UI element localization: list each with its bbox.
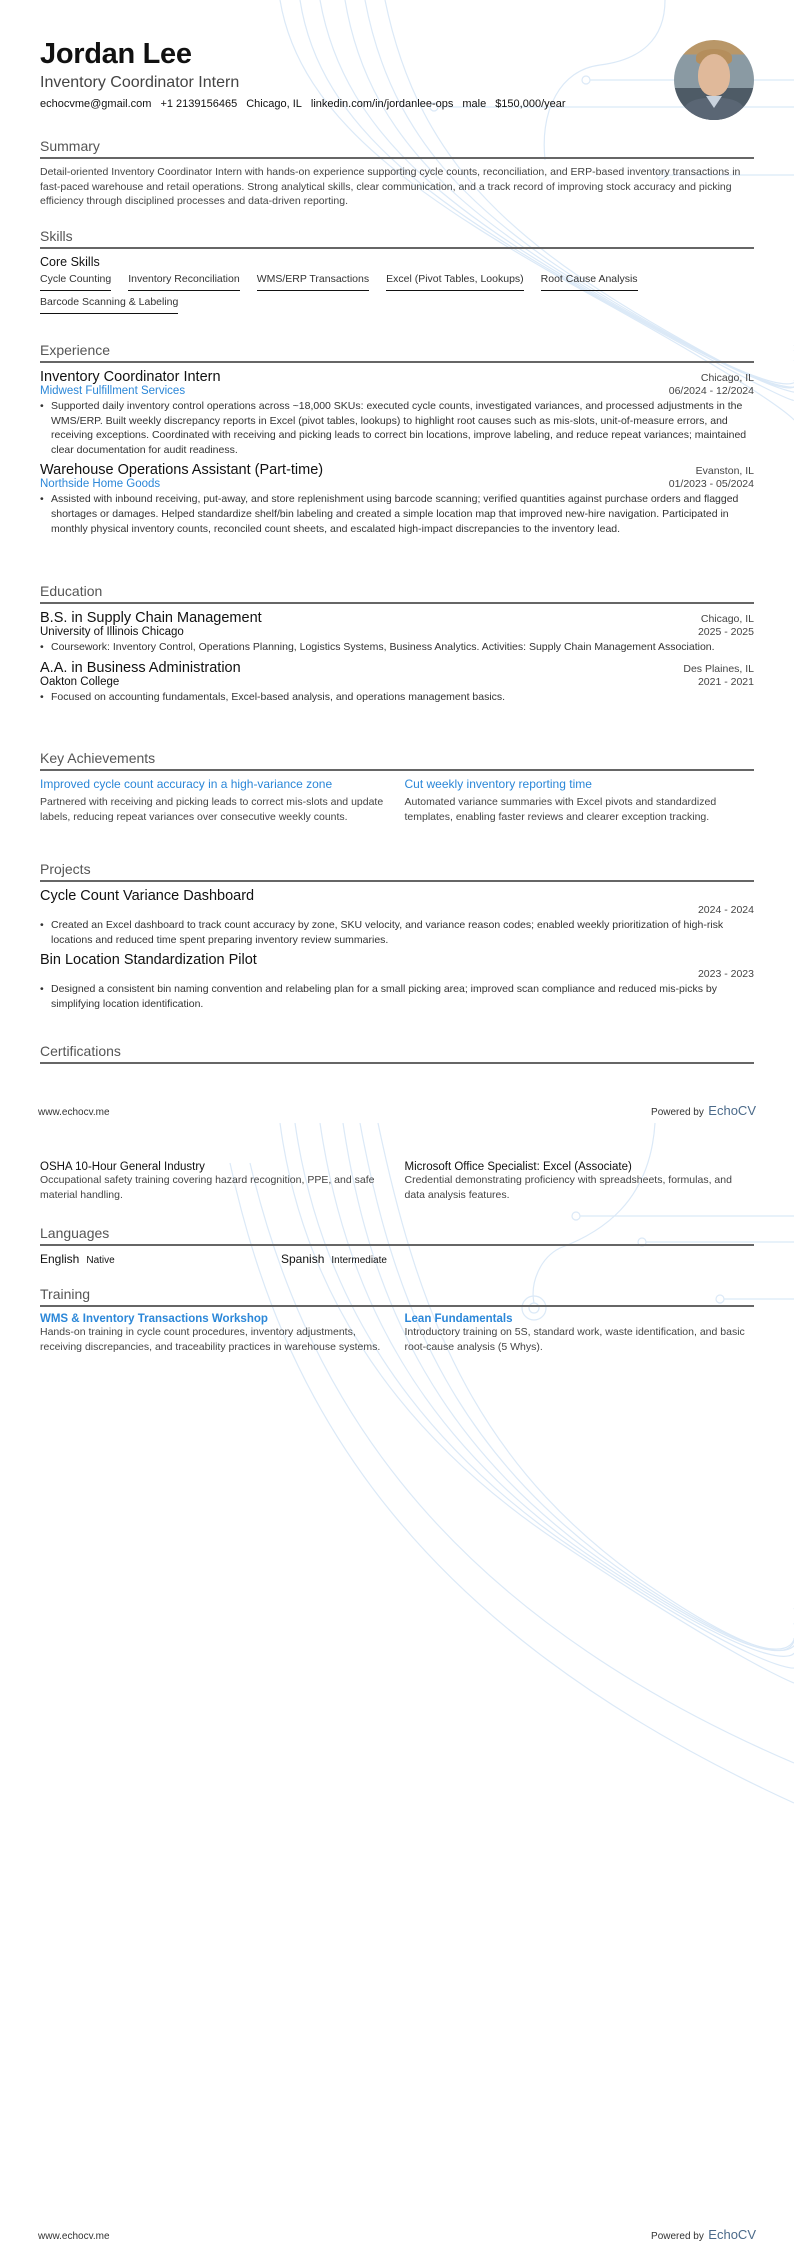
section-title-languages: Languages [40,1225,754,1246]
resume-page-2: OSHA 10-Hour General Industry Occupation… [0,1123,794,2246]
certification-title: Microsoft Office Specialist: Excel (Asso… [405,1161,755,1173]
summary-section: Summary Detail-oriented Inventory Coordi… [40,138,754,209]
achievements-section: Key Achievements Improved cycle count ac… [40,750,754,824]
project-entry: Cycle Count Variance Dashboard 2024 - 20… [40,888,754,947]
education-bullet: Coursework: Inventory Control, Operation… [40,640,754,655]
job-dates: 06/2024 - 12/2024 [669,385,754,397]
experience-entry: Inventory Coordinator Intern Chicago, IL… [40,369,754,457]
training-item: WMS & Inventory Transactions Workshop Ha… [40,1313,390,1354]
skill-tag: Barcode Scanning & Labeling [40,296,178,314]
language-name: English [40,1252,79,1266]
footer-powered: Powered by EchoCV [651,2226,756,2244]
project-entry: Bin Location Standardization Pilot 2023 … [40,952,754,1011]
achievement-item: Cut weekly inventory reporting time Auto… [405,777,755,824]
project-bullet: Created an Excel dashboard to track coun… [40,918,754,947]
contact-email[interactable]: echocvme@gmail.com [40,98,151,110]
page-footer: www.echocv.me Powered by EchoCV [38,1102,756,1120]
contact-gender: male [462,98,486,110]
resume-page-1: Jordan Lee Inventory Coordinator Intern … [0,0,794,1123]
certification-item: OSHA 10-Hour General Industry Occupation… [40,1161,390,1202]
achievement-text: Automated variance summaries with Excel … [405,795,755,824]
section-title-summary: Summary [40,138,754,159]
project-bullet: Designed a consistent bin naming convent… [40,982,754,1011]
job-title: Warehouse Operations Assistant (Part-tim… [40,462,323,478]
project-dates: 2024 - 2024 [40,904,754,916]
footer-website-link[interactable]: www.echocv.me [38,1107,110,1118]
skill-tag: Cycle Counting [40,273,111,291]
education-entry: A.A. in Business Administration Des Plai… [40,660,754,705]
job-title: Inventory Coordinator Intern [40,369,221,385]
skill-tag: WMS/ERP Transactions [257,273,369,291]
skills-list: Cycle Counting Inventory Reconciliation … [40,273,754,314]
school-name: University of Illinois Chicago [40,626,184,638]
certification-text: Occupational safety training covering ha… [40,1173,390,1202]
section-title-certifications: Certifications [40,1043,754,1064]
experience-entry: Warehouse Operations Assistant (Part-tim… [40,462,754,536]
education-dates: 2025 - 2025 [698,626,754,638]
language-level: Intermediate [331,1255,387,1266]
job-bullet: Supported daily inventory control operat… [40,399,754,457]
section-title-training: Training [40,1286,754,1307]
achievement-text: Partnered with receiving and picking lea… [40,795,390,824]
candidate-role: Inventory Coordinator Intern [40,74,754,92]
achievement-title: Improved cycle count accuracy in a high-… [40,777,390,791]
header: Jordan Lee Inventory Coordinator Intern … [40,38,754,110]
language-name: Spanish [281,1252,324,1266]
contact-phone[interactable]: +1 2139156465 [160,98,237,110]
avatar-face [698,54,730,96]
section-title-achievements: Key Achievements [40,750,754,771]
page-footer: www.echocv.me Powered by EchoCV [38,2226,756,2244]
achievement-title: Cut weekly inventory reporting time [405,777,755,791]
education-dates: 2021 - 2021 [698,676,754,688]
project-dates: 2023 - 2023 [40,968,754,980]
training-text: Introductory training on 5S, standard wo… [405,1325,755,1354]
training-title: WMS & Inventory Transactions Workshop [40,1313,390,1325]
certifications-section-heading: Certifications [40,1043,754,1070]
skill-group-label: Core Skills [40,255,754,269]
summary-text: Detail-oriented Inventory Coordinator In… [40,165,754,209]
certification-title: OSHA 10-Hour General Industry [40,1161,390,1173]
avatar [674,40,754,120]
projects-section: Projects Cycle Count Variance Dashboard … [40,861,754,1011]
job-location: Chicago, IL [701,372,754,384]
project-title: Cycle Count Variance Dashboard [40,888,754,904]
skills-section: Skills Core Skills Cycle Counting Invent… [40,228,754,314]
training-section: Training WMS & Inventory Transactions Wo… [40,1286,754,1354]
company-name: Midwest Fulfillment Services [40,385,185,397]
skill-tag: Excel (Pivot Tables, Lookups) [386,273,524,291]
degree: B.S. in Supply Chain Management [40,610,262,626]
certification-text: Credential demonstrating proficiency wit… [405,1173,755,1202]
job-location: Evanston, IL [696,465,754,477]
powered-by-label: Powered by [651,2231,704,2242]
achievement-item: Improved cycle count accuracy in a high-… [40,777,390,824]
language-item: English Native [40,1252,281,1266]
skill-tag: Root Cause Analysis [541,273,638,291]
certification-item: Microsoft Office Specialist: Excel (Asso… [405,1161,755,1202]
section-title-education: Education [40,583,754,604]
language-level: Native [86,1255,114,1266]
section-title-projects: Projects [40,861,754,882]
training-item: Lean Fundamentals Introductory training … [405,1313,755,1354]
footer-website-link[interactable]: www.echocv.me [38,2231,110,2242]
school-location: Des Plaines, IL [683,663,754,675]
languages-section: Languages English Native Spanish Interme… [40,1225,754,1266]
contact-salary: $150,000/year [495,98,565,110]
training-title: Lean Fundamentals [405,1313,755,1325]
brand-logo[interactable]: EchoCV [708,1103,756,1118]
experience-section: Experience Inventory Coordinator Intern … [40,342,754,536]
powered-by-label: Powered by [651,1107,704,1118]
education-section: Education B.S. in Supply Chain Managemen… [40,583,754,704]
candidate-name: Jordan Lee [40,38,754,71]
job-dates: 01/2023 - 05/2024 [669,478,754,490]
language-item: Spanish Intermediate [281,1252,522,1266]
education-bullet: Focused on accounting fundamentals, Exce… [40,690,754,705]
project-title: Bin Location Standardization Pilot [40,952,754,968]
contact-location: Chicago, IL [246,98,302,110]
section-title-experience: Experience [40,342,754,363]
degree: A.A. in Business Administration [40,660,241,676]
company-name: Northside Home Goods [40,478,160,490]
section-title-skills: Skills [40,228,754,249]
education-entry: B.S. in Supply Chain Management Chicago,… [40,610,754,655]
school-location: Chicago, IL [701,613,754,625]
contact-info: echocvme@gmail.com +1 2139156465 Chicago… [40,98,754,110]
skill-tag: Inventory Reconciliation [128,273,239,291]
school-name: Oakton College [40,676,119,688]
job-bullet: Assisted with inbound receiving, put-awa… [40,492,754,536]
training-text: Hands-on training in cycle count procedu… [40,1325,390,1354]
brand-logo[interactable]: EchoCV [708,2227,756,2242]
footer-powered: Powered by EchoCV [651,1102,756,1120]
contact-linkedin[interactable]: linkedin.com/in/jordanlee-ops [311,98,453,110]
certifications-section: OSHA 10-Hour General Industry Occupation… [40,1161,754,1202]
